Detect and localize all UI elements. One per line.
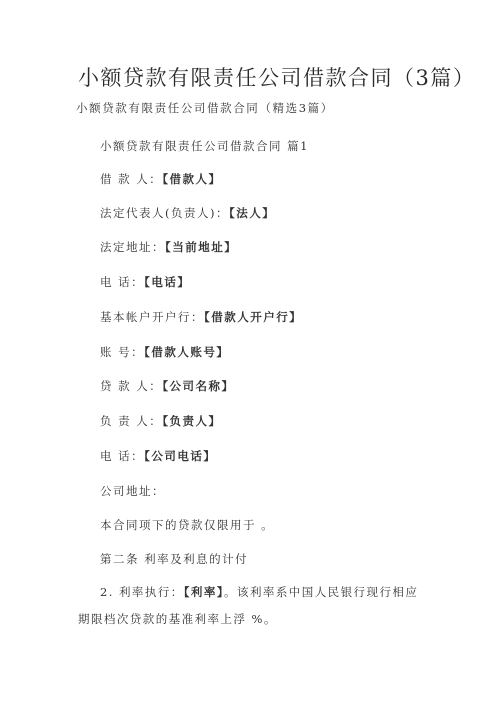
field-person-in-charge: 负 责 人：【负责人】 <box>100 413 222 429</box>
field-value: 【公司名称】 <box>162 379 234 393</box>
field-bank: 基本帐户开户行：【借款人开户行】 <box>100 309 302 325</box>
field-value: 【当前地址】 <box>165 240 237 254</box>
field-account-number: 账 号：【借款人账号】 <box>100 344 229 360</box>
field-company-address: 公司地址： <box>100 483 165 499</box>
field-label: 借 款 人： <box>100 172 162 186</box>
field-label: 负 责 人： <box>100 414 162 428</box>
document-page: 小额贷款有限责任公司借款合同（3篇） 小额贷款有限责任公司借款合同（精选3篇） … <box>0 0 500 707</box>
article-two-heading: 第二条 利率及利息的计付 <box>100 551 248 567</box>
field-value: 【电话】 <box>144 275 190 289</box>
field-value: 【借款人账号】 <box>144 345 229 359</box>
section-heading: 小额贷款有限责任公司借款合同 篇1 <box>100 138 309 154</box>
field-lender: 贷 款 人：【公司名称】 <box>100 378 235 394</box>
field-value: 【负责人】 <box>162 414 221 428</box>
field-label: 法定代表人(负责人)： <box>100 206 229 220</box>
field-label: 电 话： <box>100 275 144 289</box>
interest-clause: 2. 利率执行：【利率】。该利率系中国人民银行现行相应期限档次贷款的基准利率上浮… <box>78 579 428 633</box>
field-label: 账 号： <box>100 345 144 359</box>
document-title: 小额贷款有限责任公司借款合同（3篇） <box>78 62 475 92</box>
field-label: 公司地址： <box>100 484 165 498</box>
field-value: 【借款人开户行】 <box>204 310 302 324</box>
field-value: 【公司电话】 <box>144 449 216 463</box>
interest-clause-prefix: 2. 利率执行： <box>100 585 184 599</box>
field-legal-address: 法定地址：【当前地址】 <box>100 239 237 255</box>
field-borrower: 借 款 人：【借款人】 <box>100 171 222 187</box>
purpose-clause: 本合同项下的贷款仅限用于 。 <box>100 517 274 533</box>
field-value: 【法人】 <box>229 206 275 220</box>
field-label: 法定地址： <box>100 240 165 254</box>
field-label: 电 话： <box>100 449 144 463</box>
field-value: 【借款人】 <box>162 172 221 186</box>
field-company-phone: 电 话：【公司电话】 <box>100 448 216 464</box>
field-legal-representative: 法定代表人(负责人)：【法人】 <box>100 205 275 221</box>
field-borrower-phone: 电 话：【电话】 <box>100 274 190 290</box>
interest-rate-value: 【利率】 <box>184 585 224 599</box>
document-subtitle: 小额贷款有限责任公司借款合同（精选3篇） <box>76 100 334 116</box>
field-label: 贷 款 人： <box>100 379 162 393</box>
field-label: 基本帐户开户行： <box>100 310 204 324</box>
